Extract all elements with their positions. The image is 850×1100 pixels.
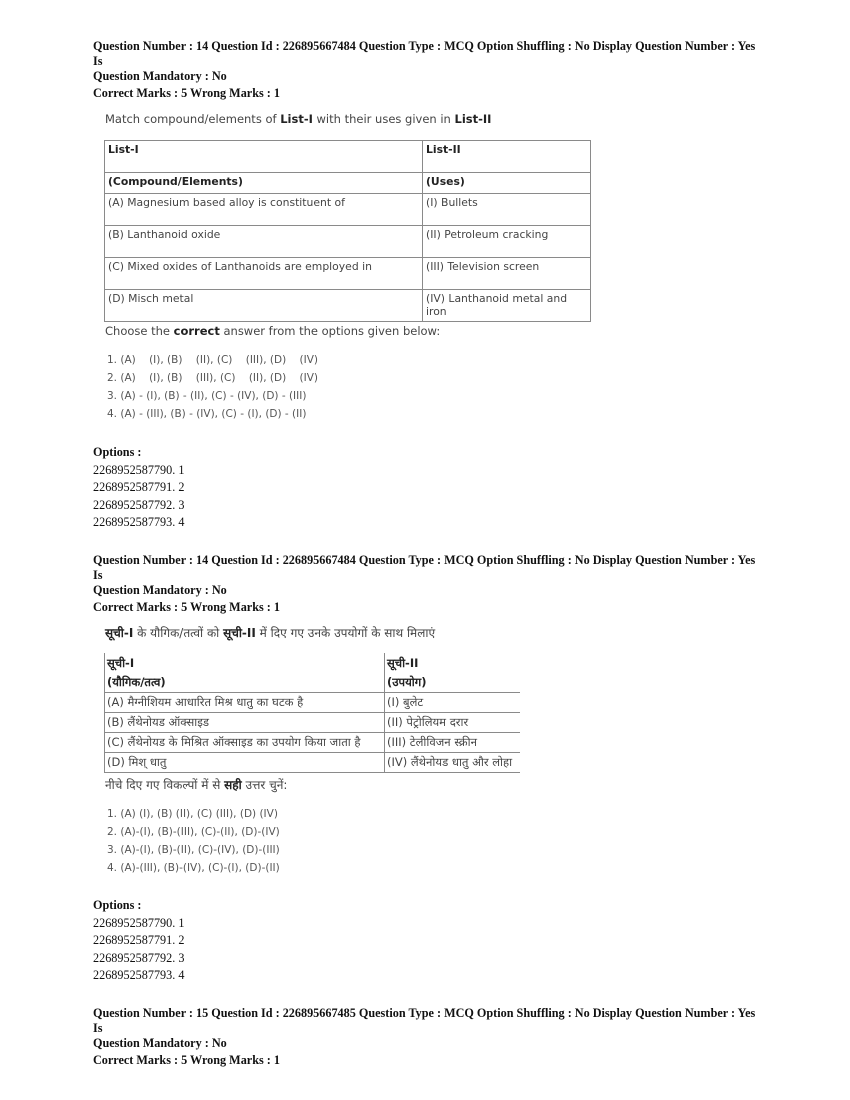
- question-marks: Correct Marks : 5 Wrong Marks : 1: [93, 86, 763, 101]
- table-cell: (I) Bullets: [423, 194, 591, 226]
- option-item: 2268952587793. 4: [93, 967, 184, 985]
- match-table: List-I List-II (Compound/Elements) (Uses…: [104, 140, 591, 322]
- question-marks: Correct Marks : 5 Wrong Marks : 1: [93, 1053, 763, 1068]
- question-meta: Question Number : 14 Question Id : 22689…: [93, 553, 763, 615]
- question-meta-line: Question Number : 14 Question Id : 22689…: [93, 553, 763, 583]
- table-cell: (C) Mixed oxides of Lanthanoids are empl…: [105, 258, 423, 290]
- table-header-cell: (Compound/Elements): [105, 173, 423, 194]
- table-cell: (A) Magnesium based alloy is constituent…: [105, 194, 423, 226]
- option-item: 2268952587791. 2: [93, 932, 184, 950]
- options-label: Options :: [93, 897, 184, 915]
- table-cell: (II) पेट्रोलियम दरार: [385, 713, 521, 733]
- table-header-row: सूची-I सूची-II: [105, 653, 521, 673]
- options-block: Options : 2268952587790. 1 2268952587791…: [93, 444, 184, 532]
- choose-instruction: नीचे दिए गए विकल्पों में से सही उत्तर चु…: [105, 776, 287, 793]
- option-item: 2268952587790. 1: [93, 462, 184, 480]
- table-header-cell: (यौगिक/तत्व): [105, 673, 385, 693]
- table-row: (D) मिश् धातु (IV) लैंथेनोयड धातु और लोह…: [105, 753, 521, 773]
- table-row: (C) Mixed oxides of Lanthanoids are empl…: [105, 258, 591, 290]
- question-mandatory: Question Mandatory : No: [93, 1036, 763, 1051]
- question-meta: Question Number : 14 Question Id : 22689…: [93, 39, 763, 101]
- answer-choice: 4. (A)-(III), (B)-(IV), (C)-(I), (D)-(II…: [107, 859, 280, 877]
- table-subheader-row: (Compound/Elements) (Uses): [105, 173, 591, 194]
- table-header-cell: (उपयोग): [385, 673, 521, 693]
- table-row: (C) लैंथेनोयड के मिश्रित ऑक्साइड का उपयो…: [105, 733, 521, 753]
- question-prompt: सूची-I के यौगिक/तत्वों को सूची-II में दि…: [105, 624, 435, 641]
- option-item: 2268952587792. 3: [93, 950, 184, 968]
- table-cell: (IV) लैंथेनोयड धातु और लोहा: [385, 753, 521, 773]
- answer-choices: 1. (A) (I), (B) (II), (C) (III), (D) (IV…: [107, 805, 280, 877]
- table-cell: (D) Misch metal: [105, 290, 423, 322]
- table-cell: (D) मिश् धातु: [105, 753, 385, 773]
- answer-choice: 1. (A) (I), (B) (II), (C) (III), (D) (IV…: [107, 805, 280, 823]
- answer-choice: 2. (A)-(I), (B)-(III), (C)-(II), (D)-(IV…: [107, 823, 280, 841]
- option-item: 2268952587793. 4: [93, 514, 184, 532]
- choose-instruction: Choose the correct answer from the optio…: [105, 324, 440, 338]
- options-block: Options : 2268952587790. 1 2268952587791…: [93, 897, 184, 985]
- table-header-cell: सूची-II: [385, 653, 521, 673]
- match-table: सूची-I सूची-II (यौगिक/तत्व) (उपयोग) (A) …: [104, 653, 520, 773]
- table-header-row: List-I List-II: [105, 141, 591, 173]
- table-cell: (III) टेलीविजन स्क्रीन: [385, 733, 521, 753]
- question-meta: Question Number : 15 Question Id : 22689…: [93, 1006, 763, 1068]
- table-header-cell: List-I: [105, 141, 423, 173]
- table-row: (B) लैंथेनोयड ऑक्साइड (II) पेट्रोलियम दर…: [105, 713, 521, 733]
- table-header-cell: सूची-I: [105, 653, 385, 673]
- table-header-cell: (Uses): [423, 173, 591, 194]
- table-cell: (I) बुलेट: [385, 693, 521, 713]
- answer-choice: 4. (A) - (III), (B) - (IV), (C) - (I), (…: [107, 405, 318, 423]
- question-mandatory: Question Mandatory : No: [93, 583, 763, 598]
- answer-choice: 2. (A) (I), (B) (III), (C) (II), (D) (IV…: [107, 369, 318, 387]
- option-item: 2268952587791. 2: [93, 479, 184, 497]
- answer-choice: 3. (A)-(I), (B)-(II), (C)-(IV), (D)-(III…: [107, 841, 280, 859]
- table-cell: (IV) Lanthanoid metal and iron: [423, 290, 591, 322]
- table-row: (D) Misch metal (IV) Lanthanoid metal an…: [105, 290, 591, 322]
- table-subheader-row: (यौगिक/तत्व) (उपयोग): [105, 673, 521, 693]
- question-meta-line: Question Number : 15 Question Id : 22689…: [93, 1006, 763, 1036]
- table-header-cell: List-II: [423, 141, 591, 173]
- table-row: (A) मैग्नीशियम आधारित मिश्र धातु का घटक …: [105, 693, 521, 713]
- table-cell: (II) Petroleum cracking: [423, 226, 591, 258]
- question-prompt: Match compound/elements of List-I with t…: [105, 112, 491, 126]
- table-cell: (III) Television screen: [423, 258, 591, 290]
- table-cell: (A) मैग्नीशियम आधारित मिश्र धातु का घटक …: [105, 693, 385, 713]
- options-label: Options :: [93, 444, 184, 462]
- answer-choice: 1. (A) (I), (B) (II), (C) (III), (D) (IV…: [107, 351, 318, 369]
- table-cell: (B) Lanthanoid oxide: [105, 226, 423, 258]
- table-cell: (B) लैंथेनोयड ऑक्साइड: [105, 713, 385, 733]
- answer-choice: 3. (A) - (I), (B) - (II), (C) - (IV), (D…: [107, 387, 318, 405]
- answer-choices: 1. (A) (I), (B) (II), (C) (III), (D) (IV…: [107, 351, 318, 423]
- table-row: (B) Lanthanoid oxide (II) Petroleum crac…: [105, 226, 591, 258]
- question-mandatory: Question Mandatory : No: [93, 69, 763, 84]
- question-meta-line: Question Number : 14 Question Id : 22689…: [93, 39, 763, 69]
- option-item: 2268952587792. 3: [93, 497, 184, 515]
- table-row: (A) Magnesium based alloy is constituent…: [105, 194, 591, 226]
- table-cell: (C) लैंथेनोयड के मिश्रित ऑक्साइड का उपयो…: [105, 733, 385, 753]
- option-item: 2268952587790. 1: [93, 915, 184, 933]
- question-marks: Correct Marks : 5 Wrong Marks : 1: [93, 600, 763, 615]
